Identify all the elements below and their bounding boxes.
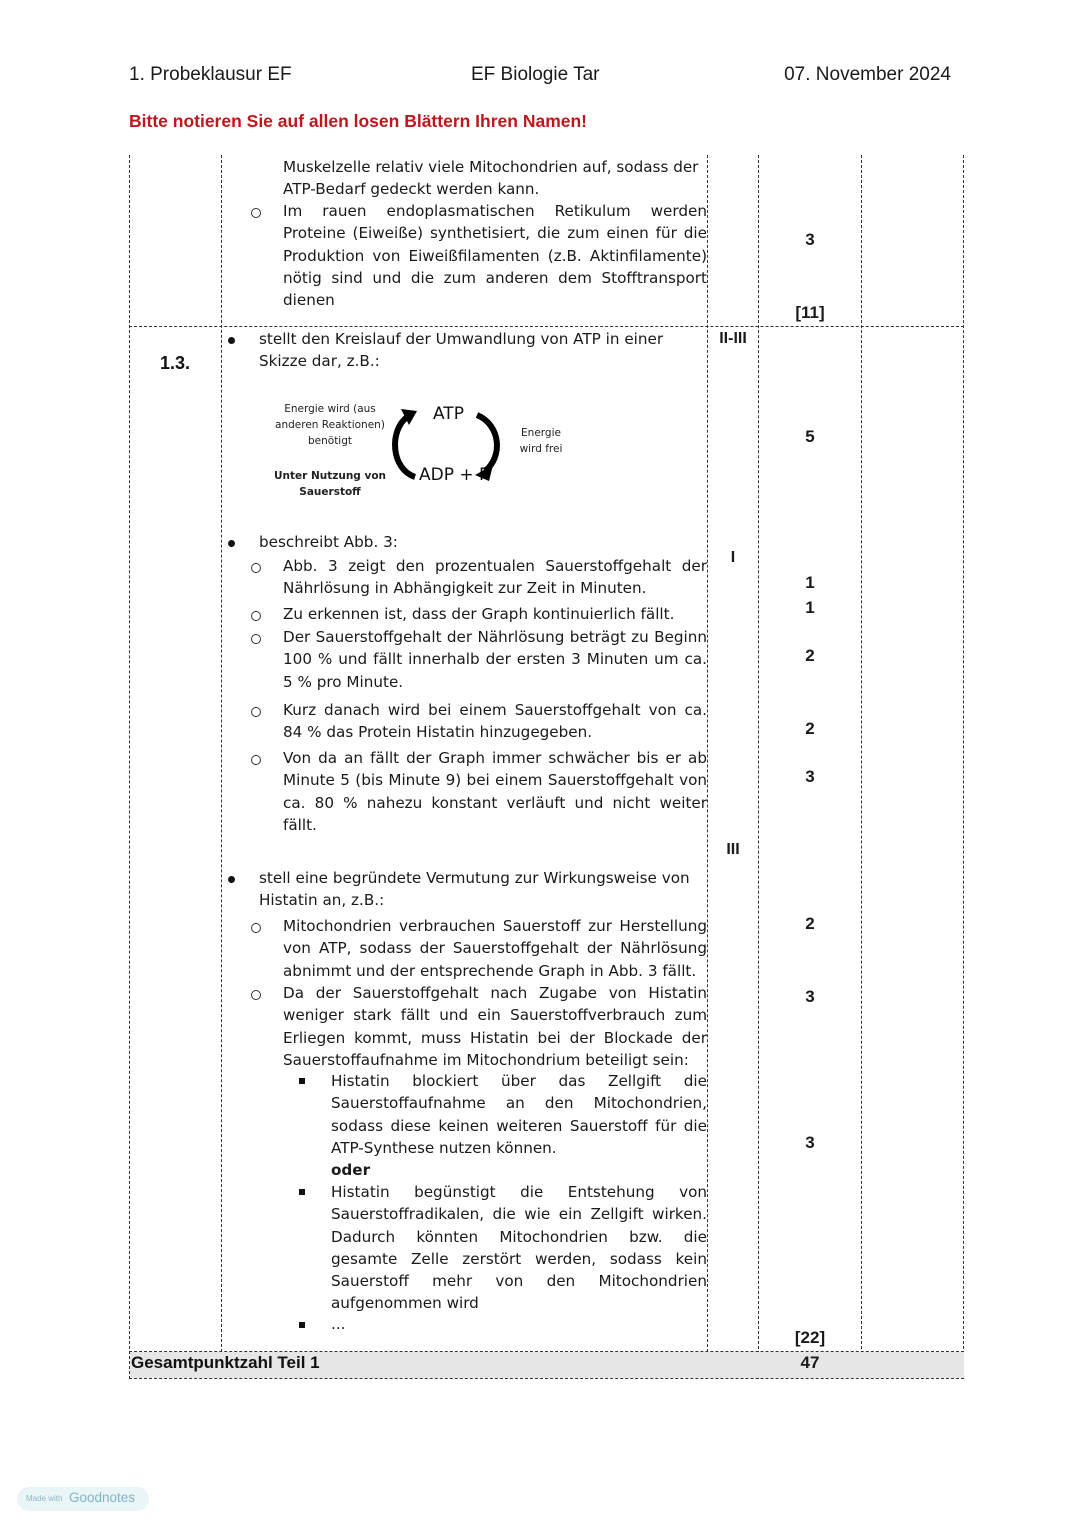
text-line: Skizze dar, z.B.: [259,350,707,372]
text-line: 100 % und fällt innerhalb der ersten 3 M… [283,648,707,670]
hypothesis-subitem: Histatin begünstigt die Entstehung von S… [331,1181,707,1315]
hypothesis-item: Da der Sauerstoffgehalt nach Zugabe von … [283,982,707,1071]
text-line: gesamte Zelle zerstört werden, sodass ke… [331,1248,707,1270]
name-notice: Bitte notieren Sie auf allen losen Blätt… [129,111,587,132]
describe-item: Abb. 3 zeigt den prozentualen Sauerstoff… [283,555,707,600]
column-divider [758,155,759,1379]
describe-item: Zu erkennen ist, dass der Graph kontinui… [283,603,707,625]
row-divider [129,1351,964,1352]
text-line: Sauerstoffradikalen, die wie ein Zellgif… [331,1203,707,1225]
hollow-bullet-icon [251,990,261,1000]
requirement-level: I [708,549,758,567]
text-line: Der Sauerstoffgehalt der Nährlösung betr… [283,626,707,648]
text-line: Histatin blockiert über das Zellgift die [331,1070,707,1092]
text-line: 5 % pro Minute. [283,671,707,693]
points: 3 [760,230,860,250]
hypothesis-subitem-ellipsis: ... [331,1313,345,1335]
text-line: Sauerstoffaufnahme im Mitochondrium bete… [283,1049,707,1071]
continuation-text: Muskelzelle relativ viele Mitochondrien … [283,156,707,201]
text-line: stell eine begründete Vermutung zur Wirk… [259,867,707,889]
text-line: abnimmt und der entsprechende Graph in A… [283,960,707,982]
text-line: Von da an fällt der Graph immer schwäche… [283,747,707,769]
text-line: anderen Reaktionen) [266,417,394,433]
text-line: Nährlösung in Abhängigkeit zur Zeit in M… [283,577,707,599]
points: 5 [760,427,860,447]
text-line: ATP-Synthese nutzen können. [331,1137,707,1159]
describe-item: Von da an fällt der Graph immer schwäche… [283,747,707,836]
header-course: EF Biologie Tar [471,64,600,86]
column-divider [221,155,222,1352]
subtotal-points: [22] [760,1328,860,1348]
text-line: wird frei [510,441,572,457]
points: 1 [760,598,860,618]
points: 2 [760,719,860,739]
hollow-bullet-icon [251,923,261,933]
requirement-level: III [708,841,758,859]
text-line: Kurz danach wird bei einem Sauerstoffgeh… [283,699,707,721]
hollow-bullet-icon [251,611,261,621]
text-line: Unter Nutzung von [266,468,394,484]
text-line: Mitochondrien verbrauchen Sauerstoff zur… [283,915,707,937]
table-border-right [963,155,964,1379]
text-line: Muskelzelle relativ viele Mitochondrien … [283,156,707,178]
text-line: Produktion von Eiweißfilamenten (z.B. Ak… [283,245,707,267]
text-line: Dadurch könnten Mitochondrien bzw. die [331,1226,707,1248]
diagram-label-oxygen: Unter Nutzung von Sauerstoff [266,468,394,500]
text-line: stellt den Kreislauf der Umwandlung von … [259,328,707,350]
text-line: 84 % das Protein Histatin hinzugegeben. [283,721,707,743]
text-line: nötig sind und die zum anderen dem Stoff… [283,267,707,289]
text-line: aufgenommen wird [331,1292,707,1314]
criterion-sketch: stellt den Kreislauf der Umwandlung von … [259,328,707,373]
total-points: 47 [760,1353,860,1373]
text-line: Sauerstoff [266,484,394,500]
points: 2 [760,646,860,666]
text-line: benötigt [266,433,394,449]
text-line: Sauerstoff mehr von den Mitochondrien [331,1270,707,1292]
text-line: Proteine (Eiweiße) synthetisiert, die zu… [283,222,707,244]
bullet-icon [228,876,235,883]
task-number: 1.3. [130,353,220,374]
points: 1 [760,573,860,593]
text-line: fällt. [283,814,707,836]
square-bullet-icon [299,1078,305,1084]
points: 2 [760,914,860,934]
row-divider [129,326,964,327]
text-line: Energie wird (aus [266,401,394,417]
text-line: Minute 5 (bis Minute 9) bei einem Sauers… [283,769,707,791]
criterion-hypothesis-heading: stell eine begründete Vermutung zur Wirk… [259,867,707,912]
hypothesis-item: Mitochondrien verbrauchen Sauerstoff zur… [283,915,707,982]
text-line: weniger stark fällt und ein Sauerstoffve… [283,1004,707,1026]
continuation-item: Im rauen endoplasmatischen Retikulum wer… [283,200,707,311]
diagram-label-energy-needed: Energie wird (aus anderen Reaktionen) be… [266,401,394,449]
bullet-icon [228,540,235,547]
text-line: Im rauen endoplasmatischen Retikulum wer… [283,200,707,222]
text-line: ATP-Bedarf gedeckt werden kann. [283,178,707,200]
text-line: sodass diese keinen weiteren Sauerstoff … [331,1115,707,1137]
square-bullet-icon [299,1189,305,1195]
subtotal-points: [11] [760,303,860,323]
hollow-bullet-icon [251,707,261,717]
hollow-bullet-icon [251,208,261,218]
text-line: Zu erkennen ist, dass der Graph kontinui… [283,603,707,625]
hollow-bullet-icon [251,755,261,765]
hollow-bullet-icon [251,563,261,573]
watermark-brand: Goodnotes [69,1490,135,1505]
points: 3 [760,767,860,787]
header-date: 07. November 2024 [784,64,951,86]
text-line: ca. 80 % nahezu konstant verläuft und ni… [283,792,707,814]
text-line: Histatin begünstigt die Entstehung von [331,1181,707,1203]
criterion-describe-heading: beschreibt Abb. 3: [259,531,398,553]
describe-item: Kurz danach wird bei einem Sauerstoffgeh… [283,699,707,744]
watermark-prefix: Made with [26,1494,62,1503]
points: 3 [760,987,860,1007]
diagram-label-energy-released: Energie wird frei [510,425,572,457]
hypothesis-subitem: Histatin blockiert über das Zellgift die… [331,1070,707,1181]
text-line: Histatin an, z.B.: [259,889,707,911]
text-line: Abb. 3 zeigt den prozentualen Sauerstoff… [283,555,707,577]
points: 3 [760,1133,860,1153]
text-line: Energie [510,425,572,441]
text-line: Da der Sauerstoffgehalt nach Zugabe von … [283,982,707,1004]
cycle-arrows-icon [385,405,505,485]
describe-item: Der Sauerstoffgehalt der Nährlösung betr… [283,626,707,693]
text-line: dienen [283,289,707,311]
hollow-bullet-icon [251,634,261,644]
column-divider [861,155,862,1379]
text-line: Erliegen kommt, muss Histatin bei der Bl… [283,1027,707,1049]
requirement-level: II-III [708,330,758,348]
total-label: Gesamtpunktzahl Teil 1 [131,1353,320,1373]
table-border-left [129,155,130,1379]
header-exam-title: 1. Probeklausur EF [129,64,292,86]
table-border-bottom [129,1378,964,1379]
text-line: von ATP, sodass der Sauerstoffgehalt der… [283,937,707,959]
square-bullet-icon [299,1322,305,1328]
text-line: Sauerstoffaufnahme an den Mitochondrien, [331,1092,707,1114]
bullet-icon [228,337,235,344]
connector-oder: oder [331,1159,707,1181]
